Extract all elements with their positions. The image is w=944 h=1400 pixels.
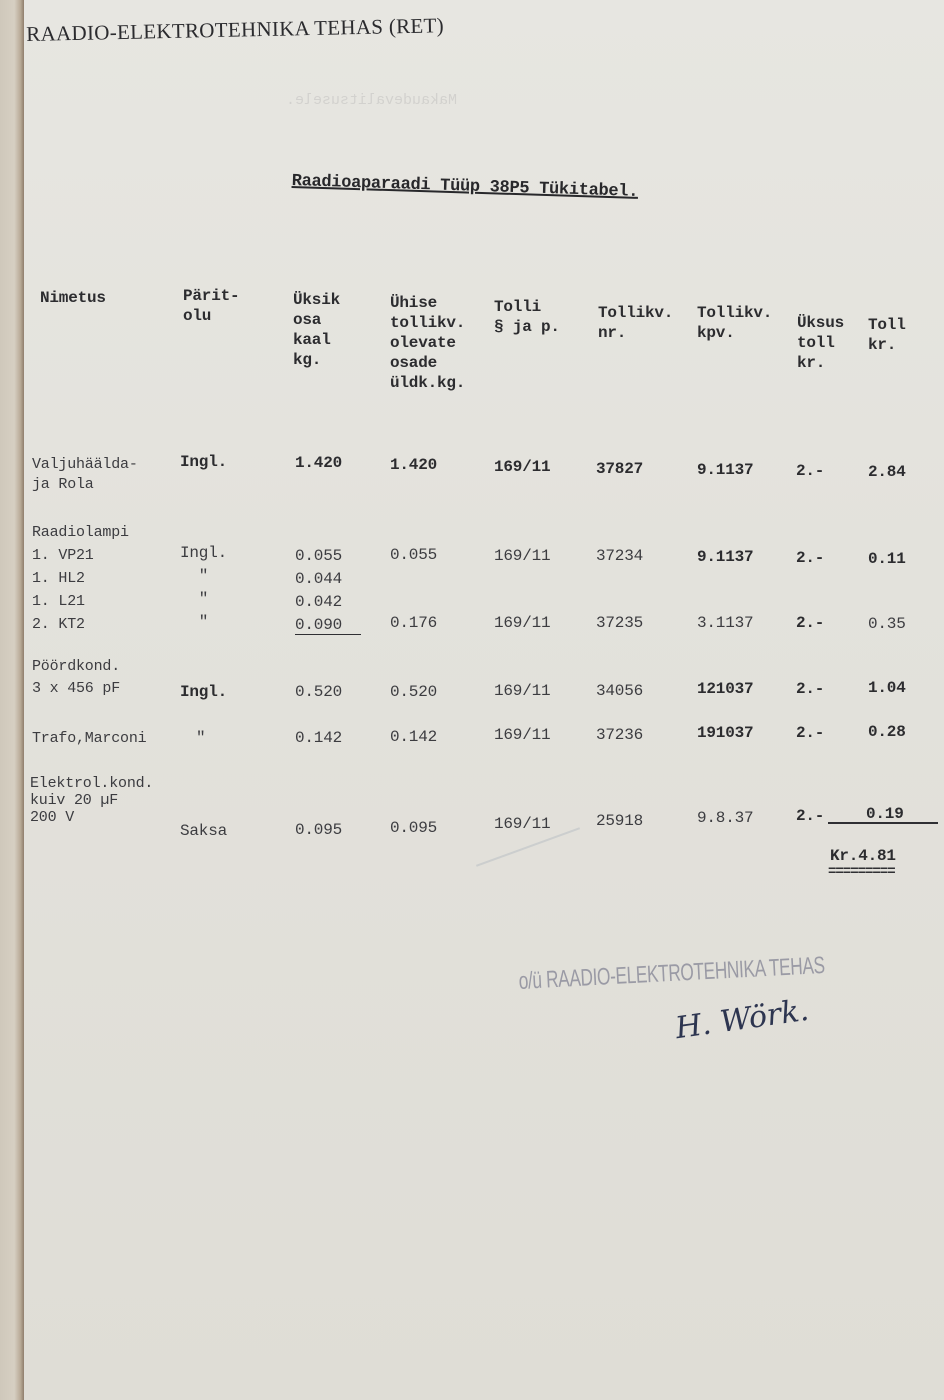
cell-receipt-no: 34056 xyxy=(596,681,643,701)
cell-receipt-date: 3.1137 xyxy=(697,613,753,633)
cell-receipt-no: 37827 xyxy=(596,459,643,479)
cell-total-weight: 0.176 xyxy=(390,613,437,633)
cell-receipt-no: 25918 xyxy=(596,811,643,831)
cell-receipt-no: 37236 xyxy=(596,725,643,745)
cell-origin: Saksa xyxy=(180,821,227,841)
cell-tariff: 169/11 xyxy=(494,681,550,701)
cell-duty: 0.35 xyxy=(868,614,906,634)
cell-tariff: 169/11 xyxy=(494,546,550,566)
cell-name: Pöördkond. 3 x 456 pF xyxy=(32,656,120,700)
total-double-underline: ========= xyxy=(828,864,895,880)
cell-receipt-date: 9.1137 xyxy=(697,547,753,567)
cell-tariff: 169/11 xyxy=(494,457,550,477)
cell-receipt-date: 191037 xyxy=(697,723,753,743)
cell-receipt-date: 9.8.37 xyxy=(697,808,753,828)
header-receipt-no: Tollikv. nr. xyxy=(598,303,673,343)
cell-total-weight: 0.520 xyxy=(390,682,437,702)
cell-receipt-no: 37234 xyxy=(596,546,643,566)
document-page: Makaudevalitsusele. xyxy=(24,0,944,1400)
header-duty: Toll kr. xyxy=(868,315,906,355)
pencil-mark xyxy=(476,827,592,899)
header-unit-duty: Üksus toll kr. xyxy=(797,313,844,373)
bleed-through-text: Makaudevalitsusele. xyxy=(286,92,457,109)
cell-unit-duty: 2.- xyxy=(796,548,824,568)
sum-rule xyxy=(828,822,938,824)
cell-name: Elektrol.kond. kuiv 20 µF 200 V xyxy=(30,775,153,826)
cell-origin: Ingl. xyxy=(180,452,227,472)
page-binding-edge xyxy=(0,0,24,1400)
cell-unit-duty: 2.- xyxy=(796,679,824,699)
cell-name: Trafo,Marconi xyxy=(32,729,146,749)
cell-total-weight: 1.420 xyxy=(390,455,437,475)
cell-name: Valjuhäälda- ja Rola xyxy=(32,455,138,495)
cell-unit-weight: 0.055 0.044 0.042 0.090 xyxy=(295,545,342,637)
cell-unit-duty: 2.- xyxy=(796,461,824,481)
cell-receipt-no: 37235 xyxy=(596,613,643,633)
cell-tariff: 169/11 xyxy=(494,613,550,633)
cell-receipt-date: 9.1137 xyxy=(697,460,753,480)
cell-unit-duty: 2.- xyxy=(796,806,824,826)
header-total-weight: Ühise tollikv. olevate osade üldk.kg. xyxy=(390,293,465,393)
cell-total-weight: 0.142 xyxy=(390,727,437,747)
cell-unit-duty: 2.- xyxy=(796,613,824,633)
cell-unit-weight: 0.142 xyxy=(295,728,342,748)
header-name: Nimetus xyxy=(40,288,106,308)
cell-total-weight: 0.055 xyxy=(390,545,437,565)
header-origin: Pärit- olu xyxy=(183,286,239,326)
cell-origin: " xyxy=(196,728,205,748)
cell-duty: 0.11 xyxy=(868,549,906,569)
cell-unit-weight: 0.095 xyxy=(295,820,342,840)
cell-duty: 1.04 xyxy=(868,678,906,698)
header-unit-weight: Üksik osa kaal kg. xyxy=(293,290,340,370)
cell-total-weight: 0.095 xyxy=(390,818,437,838)
subtotal-underline xyxy=(295,634,361,635)
cell-name: Raadiolampi 1. VP21 1. HL2 1. L21 2. KT2 xyxy=(32,521,129,636)
cell-tariff: 169/11 xyxy=(494,725,550,745)
cell-origin: Ingl. " " " xyxy=(180,542,227,634)
cell-unit-duty: 2.- xyxy=(796,723,824,743)
total-amount: Kr.4.81 xyxy=(830,846,896,866)
cell-receipt-date: 121037 xyxy=(697,679,753,699)
cell-duty: 0.19 xyxy=(866,804,904,824)
cell-origin: Ingl. xyxy=(180,682,227,702)
cell-unit-weight: 1.420 xyxy=(295,453,342,473)
cell-duty: 0.28 xyxy=(868,722,906,742)
header-tariff: Tolli § ja p. xyxy=(494,297,560,337)
cell-tariff: 169/11 xyxy=(494,814,550,834)
header-receipt-date: Tollikv. kpv. xyxy=(697,303,772,343)
cell-duty: 2.84 xyxy=(868,462,906,482)
cell-unit-weight: 0.520 xyxy=(295,682,342,702)
